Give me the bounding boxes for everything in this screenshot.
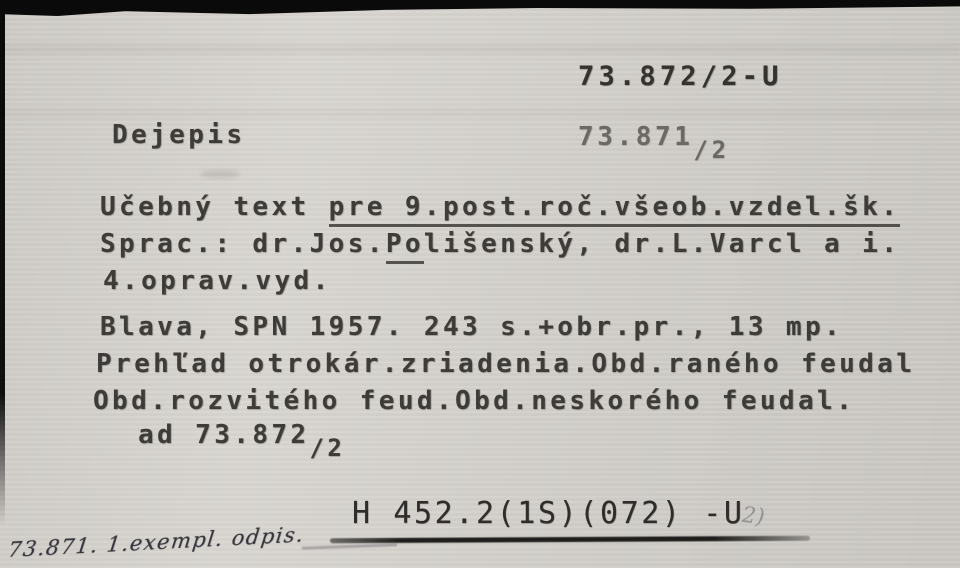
author-line: Sprac.: dr.Jos.Polišenský, dr.L.Varcl a … [100, 229, 900, 259]
call-number-secondary-fraction: /2 [694, 135, 730, 165]
paper-crease [0, 44, 960, 54]
added-copy-prefix: ad 73.872 [138, 420, 309, 450]
ink-smudge [200, 170, 240, 178]
scan-edge-top [0, 0, 960, 16]
classification-number: H 452.2(1S)(072) -U [352, 496, 745, 531]
paper-crease [0, 108, 960, 118]
title-prefix: Učebný text [100, 192, 329, 222]
catalog-card: 73.872/2-U 73.871/2 Dejepis Učebný text … [0, 0, 960, 568]
classification-underline [330, 536, 810, 544]
added-copy-fraction: /2 [309, 433, 345, 463]
handwritten-underline [302, 543, 397, 549]
author-suffix: lišenský, dr.L.Varcl a i. [424, 229, 900, 259]
author-prefix: Sprac.: dr.Jos. [100, 229, 386, 259]
call-number-secondary: 73.871/2 [578, 122, 730, 152]
contents-line-1: Prehľad otrokár.zriadenia.Obd.raného feu… [96, 349, 915, 379]
subject-heading: Dejepis [112, 120, 245, 150]
edition-line: 4.oprav.vyd. [103, 266, 332, 296]
title-line: Učebný text pre 9.post.roč.všeob.vzdel.š… [100, 192, 900, 222]
call-number-secondary-main: 73.871 [578, 122, 694, 152]
title-underlined: pre 9.post.roč.všeob.vzdel.šk. [329, 192, 901, 227]
handwritten-note: 73.871. 1.exempl. odpis. [7, 522, 306, 562]
added-copy-line: ad 73.872/2 [138, 420, 345, 450]
call-number-primary: 73.872/2-U [578, 62, 783, 92]
imprint-line: Blava, SPN 1957. 243 s.+obr.pr., 13 mp. [100, 312, 843, 342]
author-underlined: Po [386, 229, 424, 264]
scan-edge-left [0, 0, 5, 525]
contents-line-2: Obd.rozvitého feud.Obd.neskorého feudal. [93, 386, 855, 416]
classification-annotation: 2) [741, 503, 766, 530]
